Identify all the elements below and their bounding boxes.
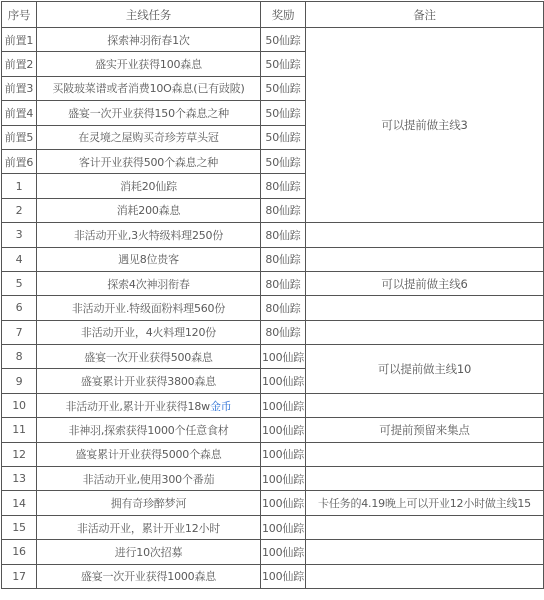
header-id: 序号 (2, 2, 37, 28)
row-task: 拥有奇珍醉梦河 (37, 491, 261, 515)
row-task-text: 非活动开业,累计开业获得18w (65, 400, 210, 413)
row-id: 17 (2, 564, 37, 588)
row-reward: 50仙踪 (261, 101, 306, 125)
row-reward: 50仙踪 (261, 76, 306, 100)
table-row: 16 进行10次招募 100仙踪 (2, 540, 544, 564)
row-task: 遇见8位贵客 (37, 247, 261, 271)
row-task: 非活动开业.特级面粉料理560份 (37, 296, 261, 320)
row-id: 3 (2, 223, 37, 247)
table-row: 14 拥有奇珍醉梦河 100仙踪 卡任务的4.19晚上可以开业12小时做主线15 (2, 491, 544, 515)
table-header-row: 序号 主线任务 奖励 备注 (2, 2, 544, 28)
table-row: 10 非活动开业,累计开业获得18w金币 100仙踪 (2, 393, 544, 417)
row-task: 非活动开业,累计开业获得18w金币 (37, 393, 261, 417)
row-id: 1 (2, 174, 37, 198)
row-task: 探索4次神羽衔春 (37, 271, 261, 295)
table-row: 前置1 探索神羽衔春1次 50仙踪 可以提前做主线3 (2, 28, 544, 52)
row-task: 非活动开业,使用300个番茄 (37, 467, 261, 491)
header-note: 备注 (306, 2, 544, 28)
row-id: 9 (2, 369, 37, 393)
note-empty (306, 320, 544, 344)
row-reward: 80仙踪 (261, 247, 306, 271)
row-task: 非活动开业，4火料理120份 (37, 320, 261, 344)
row-id: 前置1 (2, 28, 37, 52)
row-id: 10 (2, 393, 37, 417)
note-main6: 可以提前做主线6 (306, 271, 544, 295)
row-reward: 100仙踪 (261, 564, 306, 588)
row-reward: 50仙踪 (261, 149, 306, 173)
gold-coin-link[interactable]: 金币 (210, 400, 232, 413)
note-empty (306, 296, 544, 320)
main-quest-table: 序号 主线任务 奖励 备注 前置1 探索神羽衔春1次 50仙踪 可以提前做主线3… (1, 1, 544, 589)
row-task: 盛宴一次开业获得1000森息 (37, 564, 261, 588)
row-id: 15 (2, 515, 37, 539)
row-task: 非神羽,探索获得1000个任意食材 (37, 418, 261, 442)
row-id: 6 (2, 296, 37, 320)
table-row: 5 探索4次神羽衔春 80仙踪 可以提前做主线6 (2, 271, 544, 295)
row-task: 盛宴累计开业获得5000个森息 (37, 442, 261, 466)
note-empty (306, 393, 544, 417)
row-id: 前置2 (2, 52, 37, 76)
row-id: 前置6 (2, 149, 37, 173)
row-task: 盛宴一次开业获得500森息 (37, 345, 261, 369)
row-task: 盛实开业获得100森息 (37, 52, 261, 76)
row-task: 非活动开业,3火特级料理250份 (37, 223, 261, 247)
table-row: 12 盛宴累计开业获得5000个森息 100仙踪 (2, 442, 544, 466)
header-task: 主线任务 (37, 2, 261, 28)
row-reward: 80仙踪 (261, 271, 306, 295)
row-id: 8 (2, 345, 37, 369)
row-task: 买陂玻菜谱或者消费10O森息(已有豉陂) (37, 76, 261, 100)
row-task: 消耗200森息 (37, 198, 261, 222)
row-reward: 100仙踪 (261, 491, 306, 515)
row-id: 16 (2, 540, 37, 564)
row-task: 探索神羽衔春1次 (37, 28, 261, 52)
row-task: 非活动开业，累计开业12小时 (37, 515, 261, 539)
note-empty (306, 247, 544, 271)
row-reward: 100仙踪 (261, 418, 306, 442)
row-task: 进行10次招募 (37, 540, 261, 564)
row-task: 消耗20仙踪 (37, 174, 261, 198)
row-id: 7 (2, 320, 37, 344)
table-row: 13 非活动开业,使用300个番茄 100仙踪 (2, 467, 544, 491)
note-empty (306, 515, 544, 539)
row-reward: 50仙踪 (261, 52, 306, 76)
row-task: 在灵境之屋购买奇珍芳草头冠 (37, 125, 261, 149)
note-main10: 可以提前做主线10 (306, 345, 544, 394)
row-id: 11 (2, 418, 37, 442)
row-id: 2 (2, 198, 37, 222)
table-row: 3 非活动开业,3火特级料理250份 80仙踪 (2, 223, 544, 247)
row-reward: 100仙踪 (261, 467, 306, 491)
row-reward: 100仙踪 (261, 540, 306, 564)
row-task: 盛宴累计开业获得3800森息 (37, 369, 261, 393)
row-id: 5 (2, 271, 37, 295)
table-row: 6 非活动开业.特级面粉料理560份 80仙踪 (2, 296, 544, 320)
row-task: 客计开业获得500个森息之种 (37, 149, 261, 173)
note-empty (306, 223, 544, 247)
row-reward: 100仙踪 (261, 393, 306, 417)
row-id: 前置3 (2, 76, 37, 100)
row-id: 4 (2, 247, 37, 271)
row-id: 前置5 (2, 125, 37, 149)
row-reward: 100仙踪 (261, 515, 306, 539)
row-reward: 80仙踪 (261, 174, 306, 198)
row-reward: 100仙踪 (261, 369, 306, 393)
row-reward: 50仙踪 (261, 125, 306, 149)
note-main3: 可以提前做主线3 (306, 28, 544, 223)
table-row: 11 非神羽,探索获得1000个任意食材 100仙踪 可提前预留来集点 (2, 418, 544, 442)
table-row: 4 遇见8位贵客 80仙踪 (2, 247, 544, 271)
table-row: 17 盛宴一次开业获得1000森息 100仙踪 (2, 564, 544, 588)
row-reward: 80仙踪 (261, 296, 306, 320)
row-task: 盛宴一次开业获得150个森息之种 (37, 101, 261, 125)
note-reserve: 可提前预留来集点 (306, 418, 544, 442)
row-id: 14 (2, 491, 37, 515)
table-row: 7 非活动开业，4火料理120份 80仙踪 (2, 320, 544, 344)
header-reward: 奖励 (261, 2, 306, 28)
row-id: 前置4 (2, 101, 37, 125)
table-row: 8 盛宴一次开业获得500森息 100仙踪 可以提前做主线10 (2, 345, 544, 369)
note-empty (306, 467, 544, 491)
row-reward: 100仙踪 (261, 345, 306, 369)
table-row: 15 非活动开业，累计开业12小时 100仙踪 (2, 515, 544, 539)
row-reward: 80仙踪 (261, 223, 306, 247)
row-reward: 80仙踪 (261, 320, 306, 344)
row-id: 12 (2, 442, 37, 466)
row-id: 13 (2, 467, 37, 491)
note-row14: 卡任务的4.19晚上可以开业12小时做主线15 (306, 491, 544, 515)
row-reward: 100仙踪 (261, 442, 306, 466)
note-empty (306, 540, 544, 564)
note-empty (306, 564, 544, 588)
row-reward: 80仙踪 (261, 198, 306, 222)
row-reward: 50仙踪 (261, 28, 306, 52)
note-empty (306, 442, 544, 466)
